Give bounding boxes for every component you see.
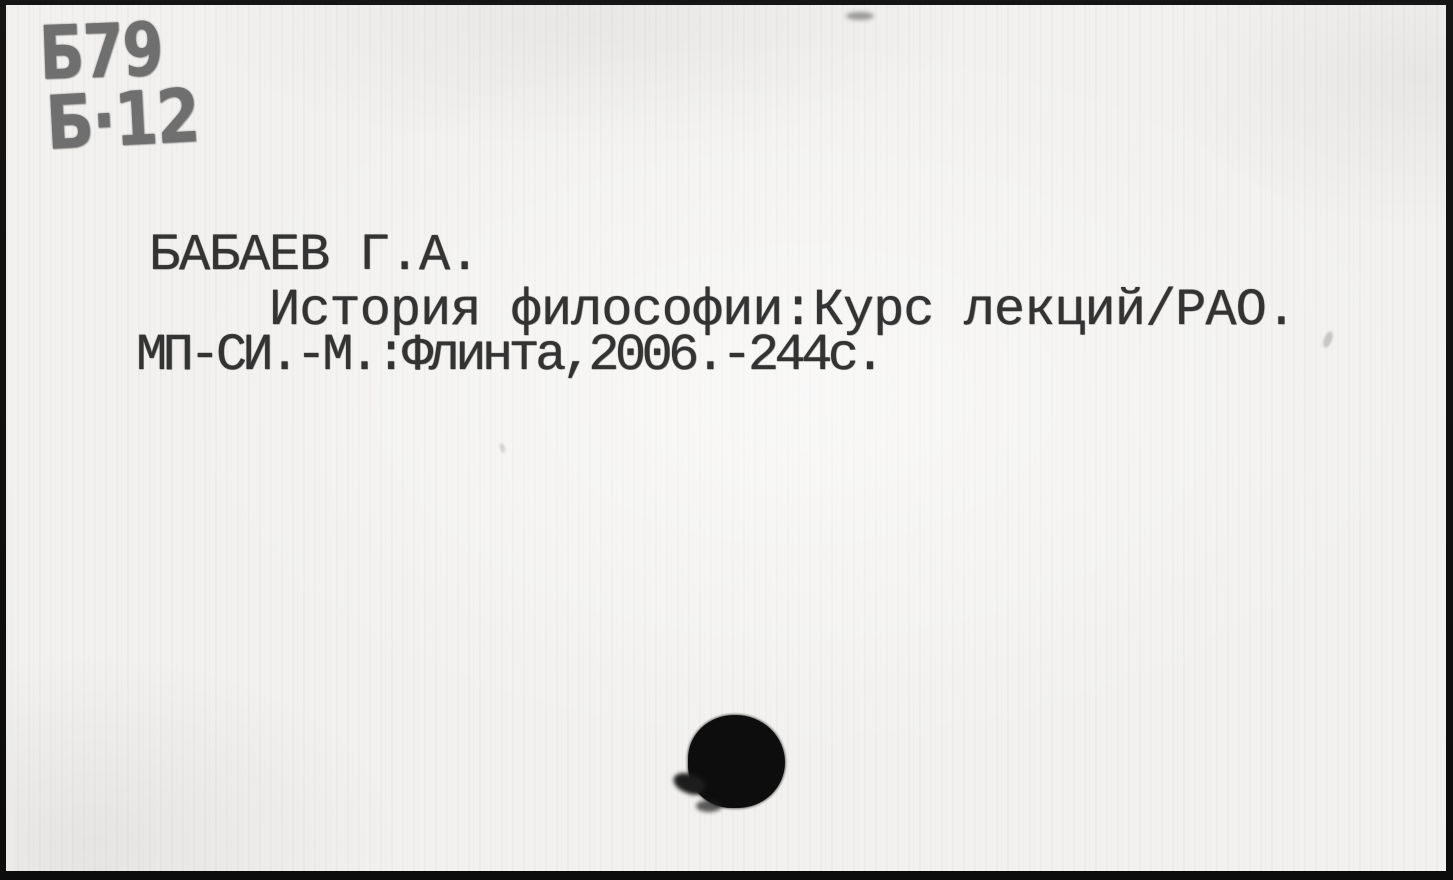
ink-smudge <box>846 12 874 20</box>
card-paper: Б79 Б·12 БАБАЕВ Г.А. История философии:К… <box>6 5 1446 871</box>
scanned-catalog-card: Б79 Б·12 БАБАЕВ Г.А. История философии:К… <box>0 0 1453 880</box>
punch-hole-mark <box>688 715 785 808</box>
ink-smudge <box>1321 330 1335 349</box>
author-line: БАБАЕВ Г.А. <box>149 230 479 282</box>
imprint-line: МП-СИ.-М.:Флинта,2006.-244с. <box>136 330 881 382</box>
handwritten-call-number-line2: Б·12 <box>44 79 200 161</box>
scan-edge-fade <box>6 455 14 871</box>
ink-smudge <box>499 443 506 454</box>
